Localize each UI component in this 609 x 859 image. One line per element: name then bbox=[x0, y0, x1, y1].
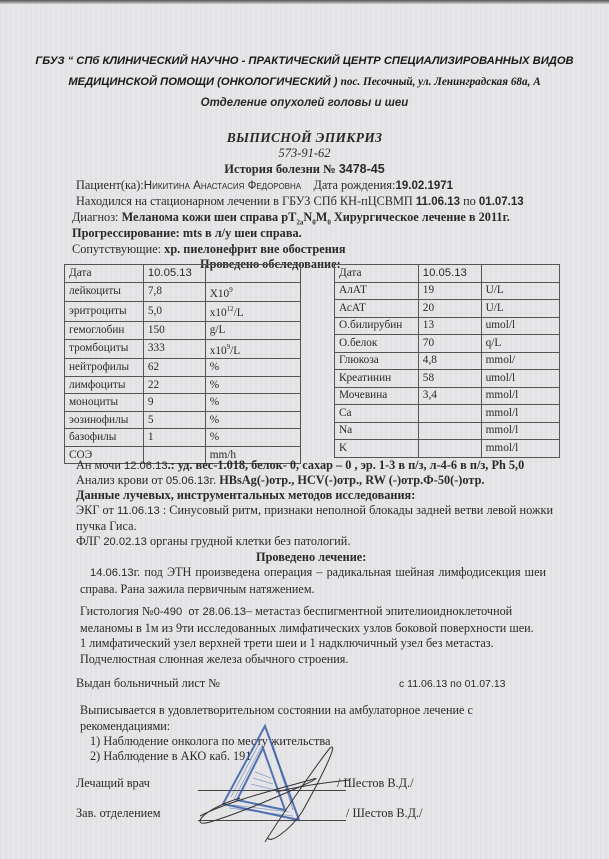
blood-analysis-label: Анализ крови от bbox=[76, 473, 163, 487]
biochem-param: Глюкоза bbox=[335, 352, 419, 370]
biochem-param: АсАТ bbox=[335, 300, 419, 318]
document-title: ВЫПИСНОЙ ЭПИКРИЗ bbox=[0, 130, 609, 146]
blood-unit: % bbox=[205, 376, 300, 394]
blood-value: 7,8 bbox=[143, 282, 205, 302]
biochem-header-cell: Дата bbox=[335, 265, 419, 283]
biochem-value: 3,4 bbox=[418, 387, 481, 405]
biochem-unit: mmol/ bbox=[481, 352, 559, 370]
biochem-param: Креатинин bbox=[335, 370, 419, 388]
blood-row: лейкоциты7,8X109 bbox=[65, 282, 301, 302]
flg-line: ФЛГ 20.02.13 органы грудной клетки без п… bbox=[76, 534, 350, 549]
ecg-date: 11.06.13 bbox=[117, 505, 160, 517]
blood-param: нейтрофилы bbox=[65, 359, 144, 377]
blood-param: лейкоциты bbox=[65, 282, 144, 302]
stay-text: Находился на стационарном лечении в ГБУЗ… bbox=[76, 194, 413, 208]
blood-value: 333 bbox=[143, 339, 205, 359]
biochem-unit: mmol/l bbox=[481, 387, 559, 405]
attending-label: Лечащий врач bbox=[76, 776, 150, 791]
biochem-unit: mmol/l bbox=[481, 440, 559, 458]
progression: Прогрессирование: mts в л/у шеи справа. bbox=[72, 226, 302, 241]
blood-value: 5 bbox=[143, 411, 205, 429]
stay-line: Находился на стационарном лечении в ГБУЗ… bbox=[76, 194, 524, 209]
biochem-value bbox=[418, 422, 481, 440]
blood-param: лимфоциты bbox=[65, 376, 144, 394]
flg-date: 20.02.13 bbox=[103, 536, 147, 548]
histology-number: 0-490 bbox=[154, 606, 183, 618]
urine-label: Ан мочи bbox=[76, 458, 121, 472]
blood-param: тромбоциты bbox=[65, 339, 144, 359]
biochem-value: 19 bbox=[418, 282, 481, 300]
blood-value: 22 bbox=[143, 376, 205, 394]
blood-row: моноциты9% bbox=[65, 394, 301, 412]
stay-to-label: по bbox=[463, 194, 476, 208]
treatment-heading: Проведено лечение: bbox=[256, 550, 366, 565]
blood-header-cell: 10.05.13 bbox=[143, 265, 205, 283]
patient-label: Пациент(ка): bbox=[76, 178, 144, 192]
concomitant-label: Сопутствующие: bbox=[72, 242, 161, 256]
sick-leave-label: Выдан больничный лист № bbox=[76, 676, 220, 691]
blood-analysis-text: HBsAg(-)отр., HCV(-)отр., RW (-)отр.Ф-50… bbox=[219, 473, 484, 487]
department: Отделение опухолей головы и шеи bbox=[0, 97, 609, 109]
biochem-param: АлАТ bbox=[335, 282, 419, 300]
biochem-row: Креатинин58umol/l bbox=[335, 370, 560, 388]
blood-unit: % bbox=[205, 429, 300, 447]
blood-param: базофилы bbox=[65, 429, 144, 447]
blood-value: 1 bbox=[143, 429, 205, 447]
biochem-row: Cammol/l bbox=[335, 405, 560, 423]
biochem-row: Nammol/l bbox=[335, 422, 560, 440]
biochem-value: 58 bbox=[418, 370, 481, 388]
biochem-row: Мочевина3,4mmol/l bbox=[335, 387, 560, 405]
biochem-row: О.белок70q/L bbox=[335, 335, 560, 353]
blood-param: эозинофилы bbox=[65, 411, 144, 429]
history-label: История болезни № bbox=[224, 162, 335, 176]
biochem-unit: U/L bbox=[481, 282, 559, 300]
signature-scribble-icon bbox=[190, 740, 370, 850]
concomitant-line: Сопутствующие: хр. пиелонефрит вне обост… bbox=[72, 242, 346, 257]
blood-param: гемоглобин bbox=[65, 322, 144, 340]
treatment-text: 14.06.13г. под ЭТН произведена операция … bbox=[80, 565, 546, 597]
document-number: 573-91-62 bbox=[0, 146, 609, 161]
blood-unit: X109 bbox=[205, 282, 300, 302]
biochem-row: Kmmol/l bbox=[335, 440, 560, 458]
concomitant-value: хр. пиелонефрит вне обострения bbox=[164, 242, 345, 256]
biochem-param: K bbox=[335, 440, 419, 458]
history-number: История болезни № 3478-45 bbox=[0, 162, 609, 177]
org-line-1: ГБУЗ “ СПб КЛИНИЧЕСКИЙ НАУЧНО - ПРАКТИЧЕ… bbox=[0, 55, 609, 67]
org-line-2: МЕДИЦИНСКОЙ ПОМОЩИ (ОНКОЛОГИЧЕСКИЙ ) пос… bbox=[0, 76, 609, 88]
biochem-param: Na bbox=[335, 422, 419, 440]
history-value: 3478-45 bbox=[339, 162, 385, 176]
blood-unit: x1012/L bbox=[205, 302, 300, 322]
biochem-header-cell: 10.05.13 bbox=[418, 265, 481, 283]
biochem-unit: U/L bbox=[481, 300, 559, 318]
blood-param: моноциты bbox=[65, 394, 144, 412]
scan-edge bbox=[0, 0, 609, 4]
patient-line: Пациент(ка):Никитина Анастасия Федоровна… bbox=[76, 178, 453, 193]
diagnosis-line: Диагноз: Меланома кожи шеи справа pT2aN0… bbox=[72, 210, 510, 226]
urine-line: Ан мочи 12.06.13.: уд. вес-1.018, белок-… bbox=[76, 458, 524, 473]
diagnosis-text: Меланома кожи шеи справа pT2aN0M0 Хирург… bbox=[122, 210, 510, 224]
blood-header-cell: Дата bbox=[65, 265, 144, 283]
biochem-table: Дата10.05.13АлАТ19U/LАсАТ20U/LО.билируби… bbox=[334, 264, 560, 458]
blood-unit: % bbox=[205, 411, 300, 429]
diagnosis-label: Диагноз: bbox=[72, 210, 118, 224]
dob-label: Дата рождения: bbox=[313, 178, 395, 192]
biochem-value: 20 bbox=[418, 300, 481, 318]
biochem-row: АсАТ20U/L bbox=[335, 300, 560, 318]
urine-text: .: уд. вес-1.018, белок- 0, сахар – 0 , … bbox=[168, 458, 525, 472]
blood-row: нейтрофилы62% bbox=[65, 359, 301, 377]
sick-leave-period: с 11.06.13 по 01.07.13 bbox=[399, 678, 506, 690]
blood-row: тромбоциты333x109/L bbox=[65, 339, 301, 359]
histology-date: 28.06.13 bbox=[202, 606, 246, 618]
biochem-unit: umol/l bbox=[481, 370, 559, 388]
org-address: пос. Песочный, ул. Ленинградская 68а, А bbox=[341, 76, 541, 88]
biochem-unit: q/L bbox=[481, 335, 559, 353]
histology-text: Гистология №0-490 от 28.06.13– метастаз … bbox=[80, 604, 542, 667]
head-label: Зав. отделением bbox=[76, 806, 160, 821]
blood-row: гемоглобин150g/L bbox=[65, 322, 301, 340]
biochem-row: Глюкоза4,8mmol/ bbox=[335, 352, 560, 370]
biochem-row: О.билирубин13umol/l bbox=[335, 317, 560, 335]
biochem-value bbox=[418, 405, 481, 423]
biochem-unit: mmol/l bbox=[481, 405, 559, 423]
biochem-unit: mmol/l bbox=[481, 422, 559, 440]
biochem-header-row: Дата10.05.13 bbox=[335, 265, 560, 283]
dob-value: 19.02.1971 bbox=[395, 180, 453, 192]
blood-row: лимфоциты22% bbox=[65, 376, 301, 394]
treatment-date: 14.06.13 bbox=[90, 567, 134, 579]
biochem-header-cell bbox=[481, 265, 559, 283]
blood-value: 62 bbox=[143, 359, 205, 377]
blood-header-row: Дата10.05.13 bbox=[65, 265, 301, 283]
blood-unit: % bbox=[205, 359, 300, 377]
blood-unit: x109/L bbox=[205, 339, 300, 359]
biochem-param: О.белок bbox=[335, 335, 419, 353]
biochem-value: 70 bbox=[418, 335, 481, 353]
blood-row: эритроциты5,0x1012/L bbox=[65, 302, 301, 322]
blood-row: эозинофилы5% bbox=[65, 411, 301, 429]
biochem-value: 4,8 bbox=[418, 352, 481, 370]
blood-value: 150 bbox=[143, 322, 205, 340]
blood-unit: g/L bbox=[205, 322, 300, 340]
biochem-value: 13 bbox=[418, 317, 481, 335]
urine-date: 12.06.13 bbox=[124, 460, 168, 472]
biochem-param: О.билирубин bbox=[335, 317, 419, 335]
biochem-param: Мочевина bbox=[335, 387, 419, 405]
stay-from: 11.06.13 bbox=[416, 196, 460, 208]
patient-name: Никитина Анастасия Федоровна bbox=[144, 180, 301, 192]
blood-analysis-date: 05.06.13 bbox=[166, 475, 210, 487]
blood-unit: % bbox=[205, 394, 300, 412]
blood-value: 5,0 bbox=[143, 302, 205, 322]
blood-param: эритроциты bbox=[65, 302, 144, 322]
org-name-2: МЕДИЦИНСКОЙ ПОМОЩИ (ОНКОЛОГИЧЕСКИЙ ) bbox=[68, 76, 337, 88]
biochem-param: Ca bbox=[335, 405, 419, 423]
blood-row: базофилы1% bbox=[65, 429, 301, 447]
blood-header-cell bbox=[205, 265, 300, 283]
ecg-line: ЭКГ от 11.06.13 : Синусовый ритм, призна… bbox=[76, 503, 553, 518]
biochem-unit: umol/l bbox=[481, 317, 559, 335]
blood-table: Дата10.05.13лейкоциты7,8X109эритроциты5,… bbox=[64, 264, 301, 464]
blood-analysis-line: Анализ крови от 05.06.13г. HBsAg(-)отр.,… bbox=[76, 473, 485, 488]
instrumental-heading: Данные лучевых, инструментальных методов… bbox=[76, 488, 415, 503]
ecg-line-2: пучка Гиса. bbox=[76, 519, 137, 534]
stay-to: 01.07.13 bbox=[479, 196, 524, 208]
biochem-row: АлАТ19U/L bbox=[335, 282, 560, 300]
biochem-value bbox=[418, 440, 481, 458]
blood-value: 9 bbox=[143, 394, 205, 412]
